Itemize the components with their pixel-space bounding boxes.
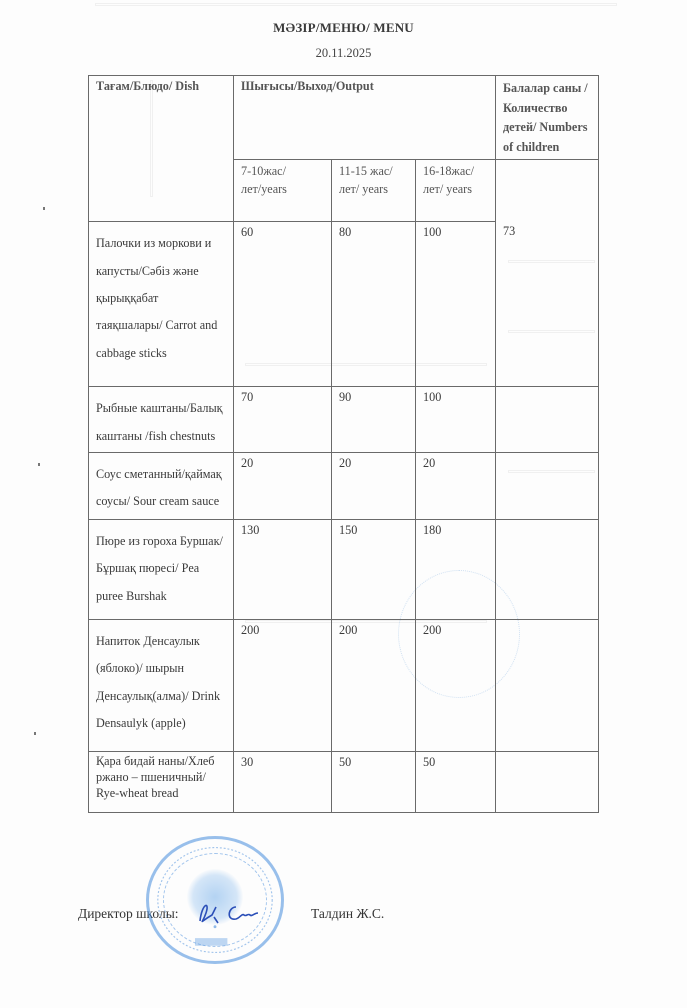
bleed-through-line (95, 3, 617, 6)
output-16-18: 50 (416, 751, 496, 812)
age-group-11-15: 11-15 жас/лет/ years (332, 160, 416, 222)
output-7-10: 130 (234, 519, 332, 619)
document-date: 20.11.2025 (0, 46, 687, 61)
output-11-15: 90 (332, 387, 416, 453)
table-row: Рыбные каштаны/Балық каштаны /fish chest… (89, 387, 599, 453)
output-11-15: 150 (332, 519, 416, 619)
children-count-value: 73 (503, 224, 515, 238)
dish-name: Қара бидай наны/Хлеб ржано – пшеничный/ … (89, 751, 234, 812)
output-16-18: 100 (416, 387, 496, 453)
document-title: МӘЗІР/МЕНЮ/ MENU (0, 20, 687, 36)
children-empty (496, 387, 599, 453)
output-7-10: 30 (234, 751, 332, 812)
output-7-10: 200 (234, 619, 332, 751)
age-group-16-18: 16-18жас/лет/ years (416, 160, 496, 222)
edge-mark (43, 207, 45, 210)
menu-table: Тағам/Блюдо/ Dish Шығысы/Выход/Output Ба… (88, 75, 599, 813)
dish-name: Рыбные каштаны/Балық каштаны /fish chest… (89, 387, 234, 453)
director-name: Талдин Ж.С. (311, 906, 384, 922)
age-group-7-10: 7-10жас/лет/years (234, 160, 332, 222)
table-row: Қара бидай наны/Хлеб ржано – пшеничный/ … (89, 751, 599, 812)
children-empty (496, 619, 599, 751)
header-output: Шығысы/Выход/Output (234, 76, 496, 160)
children-count: 73 (496, 160, 599, 387)
header-children: Балалар саны /Количество детей/ Numbers … (496, 76, 599, 160)
children-empty (496, 452, 599, 519)
signature-icon (192, 893, 272, 929)
table-header-row: Тағам/Блюдо/ Dish Шығысы/Выход/Output Ба… (89, 76, 599, 160)
output-11-15: 80 (332, 222, 416, 387)
children-empty (496, 751, 599, 812)
output-11-15: 200 (332, 619, 416, 751)
output-16-18: 200 (416, 619, 496, 751)
edge-mark (34, 732, 36, 735)
dish-name: Пюре из гороха Буршак/Бұршақ пюресі/ Pea… (89, 519, 234, 619)
edge-mark (38, 463, 40, 466)
dish-name: Палочки из моркови и капусты/Сәбіз және … (89, 222, 234, 387)
output-7-10: 60 (234, 222, 332, 387)
dish-name: Соус сметанный/қаймақ соусы/ Sour cream … (89, 452, 234, 519)
output-16-18: 100 (416, 222, 496, 387)
output-7-10: 70 (234, 387, 332, 453)
header-dish: Тағам/Блюдо/ Dish (89, 76, 234, 222)
dish-name: Напиток Денсаулык (яблоко)/ шырын Денсау… (89, 619, 234, 751)
output-16-18: 20 (416, 452, 496, 519)
children-empty (496, 519, 599, 619)
table-row: Пюре из гороха Буршак/Бұршақ пюресі/ Pea… (89, 519, 599, 619)
output-11-15: 20 (332, 452, 416, 519)
table-row: Соус сметанный/қаймақ соусы/ Sour cream … (89, 452, 599, 519)
output-7-10: 20 (234, 452, 332, 519)
output-16-18: 180 (416, 519, 496, 619)
output-11-15: 50 (332, 751, 416, 812)
table-row: Напиток Денсаулык (яблоко)/ шырын Денсау… (89, 619, 599, 751)
